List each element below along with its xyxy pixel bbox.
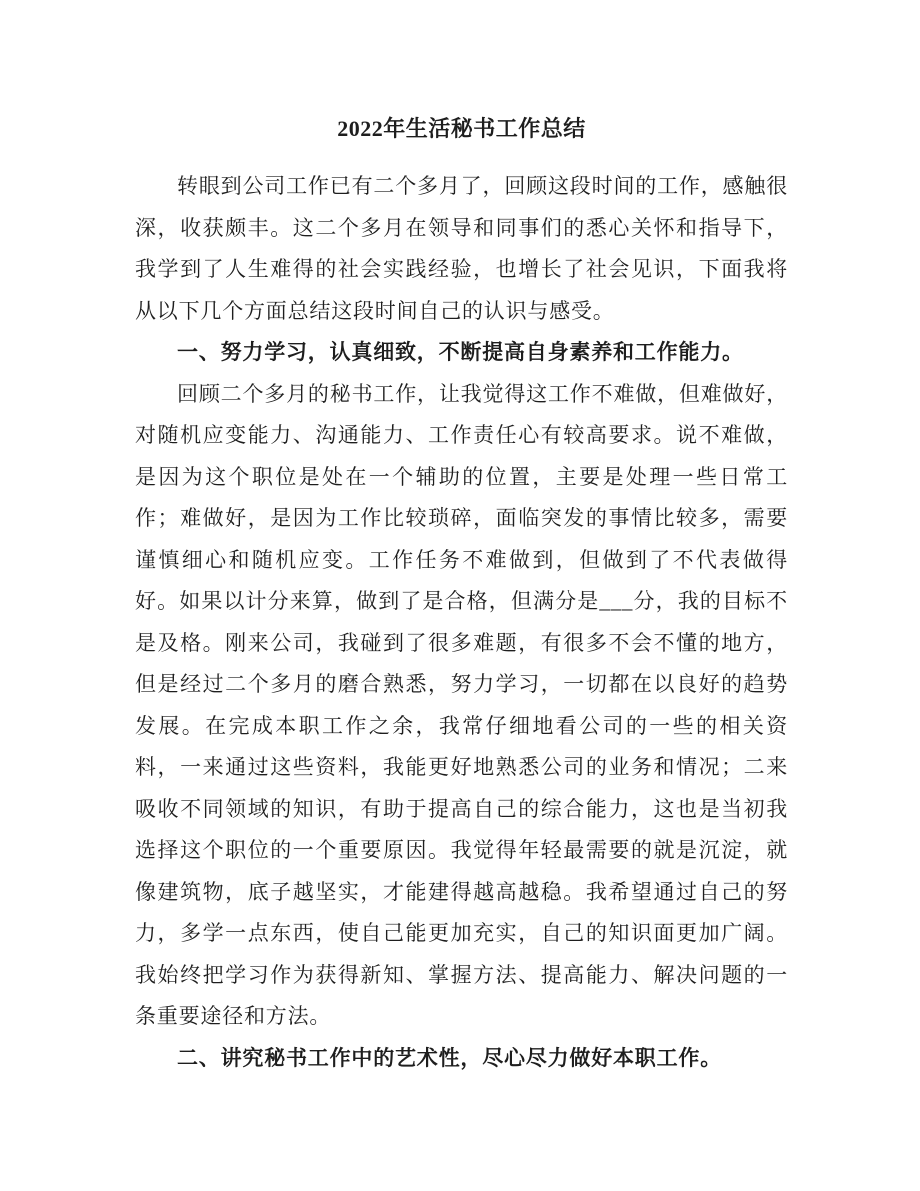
- paragraph: 回顾二个多月的秘书工作，让我觉得这工作不难做，但难做好，对随机应变能力、沟通能力…: [135, 374, 788, 1038]
- document-page: 2022年生活秘书工作总结 转眼到公司工作已有二个多月了，回顾这段时间的工作，感…: [0, 0, 920, 1191]
- paragraph: 转眼到公司工作已有二个多月了，回顾这段时间的工作，感触很深，收获颇丰。这二个多月…: [135, 166, 788, 332]
- document-content: 2022年生活秘书工作总结 转眼到公司工作已有二个多月了，回顾这段时间的工作，感…: [135, 0, 788, 1079]
- section-heading: 一、努力学习，认真细致，不断提高自身素养和工作能力。: [135, 332, 788, 374]
- document-title: 2022年生活秘书工作总结: [135, 108, 788, 150]
- section-heading: 二、讲究秘书工作中的艺术性，尽心尽力做好本职工作。: [135, 1038, 788, 1080]
- paragraph-container: 转眼到公司工作已有二个多月了，回顾这段时间的工作，感触很深，收获颇丰。这二个多月…: [135, 166, 788, 1079]
